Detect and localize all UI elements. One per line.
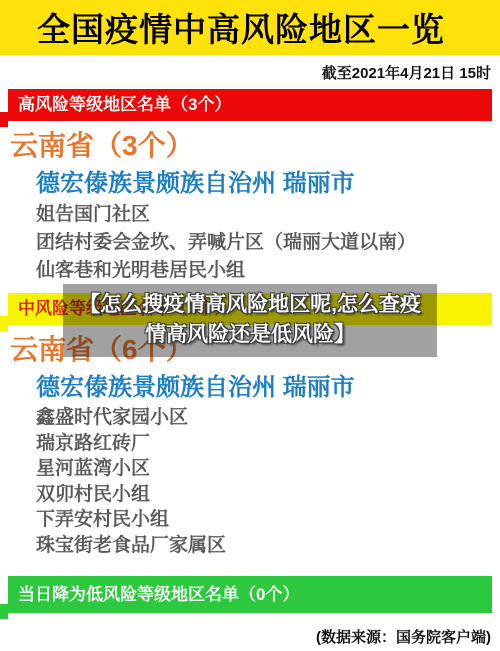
watermark-overlay: 【怎么搜疫情高风险地区呢,怎么查疫 情高风险还是低风险】 [63,284,437,357]
area-list: 姐告国门社区 团结村委会金坎、弄喊片区（瑞丽大道以南） 仙客巷和光明巷居民小组 [0,201,500,285]
area-item: 团结村委会金坎、弄喊片区（瑞丽大道以南） [36,229,500,257]
city-heading: 德宏傣族景颇族自治州 瑞丽市 [0,367,500,405]
province-heading: 云南省（3个） [0,121,500,163]
area-item: 鑫盛时代家园小区 [36,405,500,431]
area-item: 双卯村民小组 [36,482,500,508]
data-source: (数据来源：国务院客户端) [0,613,500,647]
area-item: 星河蓝湾小区 [36,456,500,482]
area-list: 鑫盛时代家园小区 瑞京路红砖厂 星河蓝湾小区 双卯村民小组 下弄安村民小组 珠宝… [0,405,500,558]
watermark-line: 【怎么搜疫情高风险地区呢,怎么查疫 [63,290,437,320]
as-of-date: 截至2021年4月21日 15时 [0,55,500,81]
header-bar: 全国疫情中高风险地区一览 [0,0,500,55]
area-item: 珠宝街老食品厂家属区 [36,533,500,559]
high-risk-section: 高风险等级地区名单（3个） 云南省（3个） 德宏傣族景颇族自治州 瑞丽市 姐告国… [0,89,500,285]
infographic-page: 全国疫情中高风险地区一览 截至2021年4月21日 15时 高风险等级地区名单（… [0,0,500,651]
city-heading: 德宏傣族景颇族自治州 瑞丽市 [0,163,500,201]
watermark-line: 情高风险还是低风险】 [63,320,437,350]
area-item: 姐告国门社区 [36,201,500,229]
page-title: 全国疫情中高风险地区一览 [37,4,445,51]
low-risk-banner: 当日降为低风险等级地区名单（0个） [8,576,492,613]
high-risk-banner: 高风险等级地区名单（3个） [8,89,492,121]
area-item: 仙客巷和光明巷居民小组 [36,257,500,285]
area-item: 下弄安村民小组 [36,507,500,533]
area-item: 瑞京路红砖厂 [36,431,500,457]
